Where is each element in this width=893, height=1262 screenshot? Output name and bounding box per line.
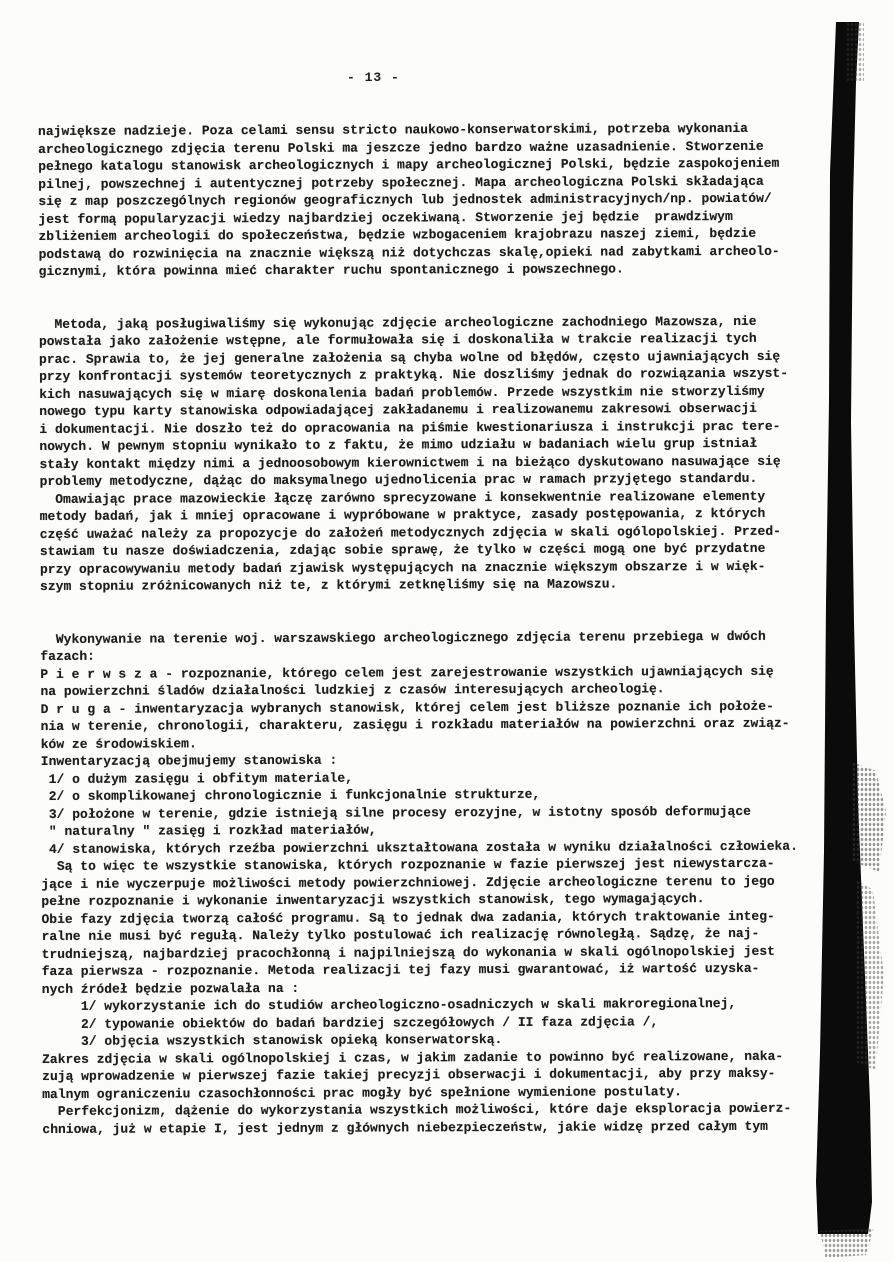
text-line: 3/ położone w terenie, gdzie istnieją si… bbox=[41, 802, 821, 823]
scan-artifact-speckle bbox=[856, 880, 884, 1070]
text-line: podstawą do rozwinięcia na znacznie więk… bbox=[39, 242, 819, 263]
text-line: przy opracowywaniu metody badań zjawisk … bbox=[40, 557, 820, 578]
scan-artifact-speckle bbox=[852, 762, 886, 872]
scan-artifact-speckle bbox=[846, 22, 864, 82]
text-line: P i e r w s z a - rozpoznanie, którego c… bbox=[40, 662, 820, 683]
text-line: nia w terenie, chronologii, charakteru, … bbox=[41, 715, 821, 736]
text-line: faza pierwsza - rozpoznanie. Metoda real… bbox=[42, 960, 822, 981]
scan-artifact-speckle bbox=[820, 1228, 874, 1258]
page-number: - 13 - bbox=[347, 70, 400, 85]
text-line: 1/ wykorzystanie ich do studiów archeolo… bbox=[42, 995, 822, 1016]
scanned-document-page: - 13 - największe nadzieje. Poza celami … bbox=[0, 0, 893, 1262]
text-line: Wykonywanie na terenie woj. warszawskieg… bbox=[40, 627, 820, 648]
document-body: największe nadzieje. Poza celami sensu s… bbox=[38, 120, 822, 1138]
text-line: zują wprowadzenie w pierwszej fazie taki… bbox=[42, 1065, 822, 1086]
text-line: chniowa, już w etapie I, jest jednym z g… bbox=[42, 1117, 822, 1138]
